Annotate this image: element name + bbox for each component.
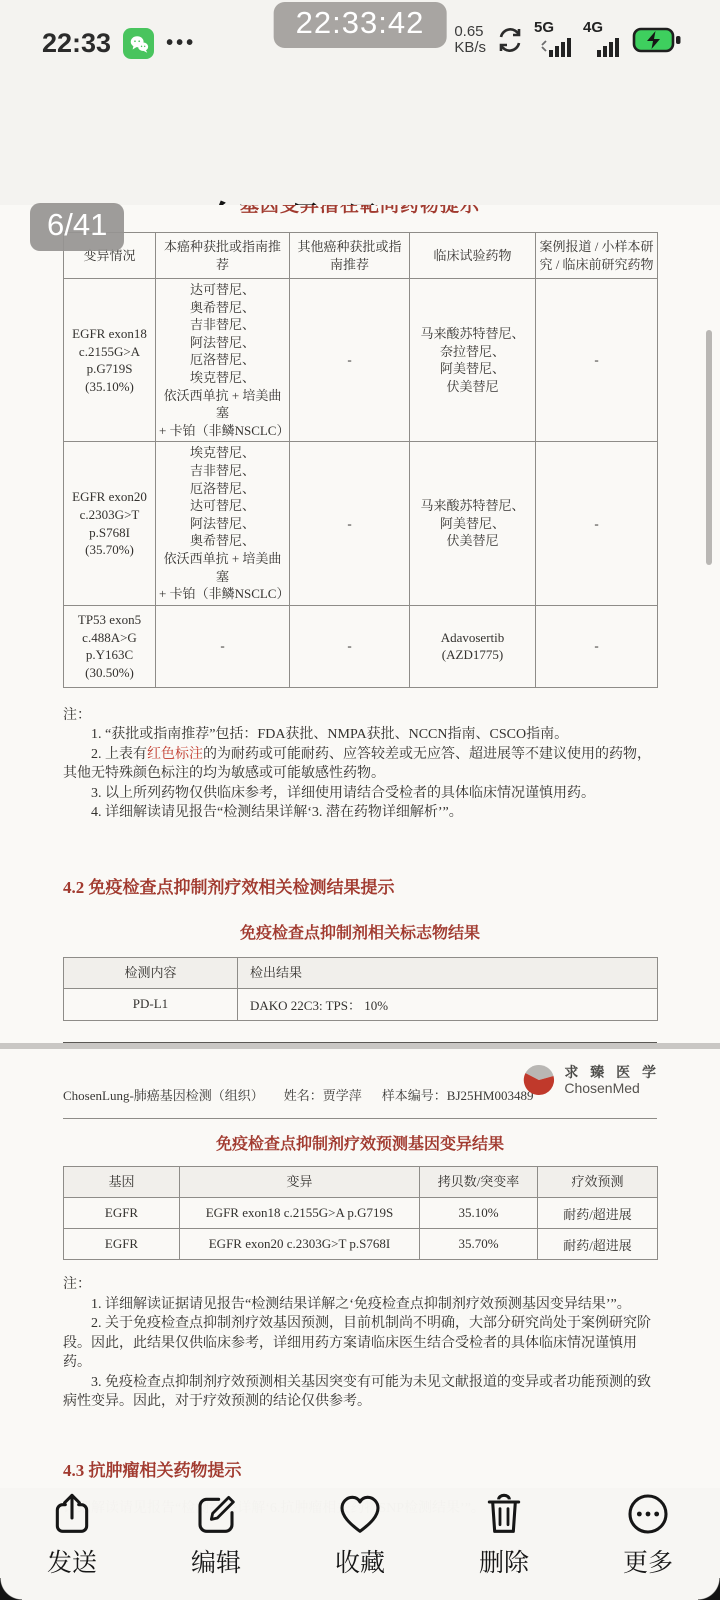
cell-rate: 35.70%: [420, 1229, 538, 1260]
col-header: 本癌种获批或指南推荐: [156, 233, 290, 279]
share-icon: [48, 1490, 96, 1538]
send-button[interactable]: 发送: [0, 1488, 144, 1579]
floating-clock-overlay[interactable]: 22:33:42: [274, 2, 447, 48]
cell-variant: EGFR exon18 c.2155G>A p.G719S: [180, 1198, 420, 1229]
signal-bars-icon: [540, 35, 574, 57]
note-item: 3. 以上所列药物仅供临床参考，详细使用请结合受检者的具体临床情况谨慎用药。: [63, 784, 657, 804]
photo-index-badge: 6/41: [30, 203, 124, 251]
note-item: 2. 关于免疫检查点抑制剂疗效基因预测，目前机制尚不明确，大部分研究尚处于案例研…: [63, 1314, 657, 1373]
toolbar-label: 收藏: [335, 1543, 385, 1579]
report-page-1: 基因变异潜在靶向药物提示 变异情况 本癌种获批或指南推荐 其他癌种获批或指南推荐…: [0, 205, 720, 1043]
col-header: 临床试验药物: [410, 233, 536, 279]
heart-icon: [336, 1490, 384, 1538]
sim1-network-label: 5G: [534, 19, 554, 36]
sim2-network-label: 4G: [583, 19, 603, 36]
note-item: 4. 详细解读请见报告“检测结果详解‘3. 潜在药物详细解析’”。: [63, 803, 657, 823]
status-time: 22:33: [42, 28, 111, 59]
table-header-row: 检测内容 检出结果: [64, 957, 658, 988]
document-scrollbar[interactable]: [706, 330, 712, 565]
immune-marker-table: 检测内容 检出结果 PD-L1 DAKO 22C3: TPS： 10%: [63, 957, 658, 1021]
network-speed-value: 0.65: [454, 24, 486, 40]
cell-approved-other: -: [290, 442, 410, 605]
bottom-toolbar: 发送 编辑 收藏 删除: [0, 1488, 720, 1600]
cell-approved-other: -: [290, 605, 410, 687]
photo-viewer[interactable]: 基因变异潜在靶向药物提示 变异情况 本癌种获批或指南推荐 其他癌种获批或指南推荐…: [0, 205, 720, 1598]
network-speed-unit: KB/s: [454, 40, 486, 56]
favorite-button[interactable]: 收藏: [288, 1488, 432, 1579]
predict-table-title: 免疫检查点抑制剂疗效预测基因变异结果: [0, 1131, 720, 1154]
notes-block-1: 注： 1. “获批或指南推荐”包括：FDA获批、NMPA获批、NCCN指南、CS…: [63, 706, 657, 823]
status-bar: 22:33 ••• 22:33:42 0.65 KB/s: [0, 0, 720, 82]
header-divider: [63, 1118, 657, 1119]
logo-en-name: ChosenMed: [564, 1080, 660, 1096]
cell-gene: EGFR: [64, 1229, 180, 1260]
cell-rate: 35.10%: [420, 1198, 538, 1229]
report-sample-number: 样本编号：BJ25HM003489: [382, 1085, 534, 1104]
section-4-2-heading: 4.2 免疫检查点抑制剂疗效相关检测结果提示: [63, 873, 720, 898]
col-header: 疗效预测: [538, 1167, 658, 1198]
delete-button[interactable]: 删除: [432, 1488, 576, 1579]
note-red-highlight: 红色标注: [147, 747, 203, 762]
cell-variant: TP53 exon5 c.488A>G p.Y163C (30.50%): [64, 605, 156, 687]
data-sync-icon: [495, 25, 525, 55]
toolbar-label: 更多: [623, 1543, 673, 1579]
gallery-header: 2025年11月9日 14:52 | 微信: [0, 92, 720, 204]
toolbar-label: 编辑: [191, 1543, 241, 1579]
wechat-notification-icon: [123, 28, 154, 59]
cell-approved-same: 达可替尼、 奥希替尼、 吉非替尼、 阿法替尼、 厄洛替尼、 埃克替尼、 依沃西单…: [156, 279, 290, 442]
edit-icon: [192, 1490, 240, 1538]
note-item: 2. 上表有红色标注的为耐药或可能耐药、应答较差或无应答、超进展等不建议使用的药…: [63, 745, 657, 784]
immune-predict-table: 基因 变异 拷贝数/突变率 疗效预测 EGFR EGFR exon18 c.21…: [63, 1166, 658, 1260]
note-text: 2. 上表有: [91, 747, 147, 762]
signal-bars-icon: [595, 35, 623, 57]
more-button[interactable]: 更多: [576, 1488, 720, 1579]
network-speed: 0.65 KB/s: [454, 24, 486, 56]
wechat-bubbles-icon: [128, 33, 150, 55]
notification-ellipsis-icon: •••: [166, 32, 196, 55]
screen-corner: [698, 1578, 720, 1600]
edit-button[interactable]: 编辑: [144, 1488, 288, 1579]
toolbar-label: 删除: [479, 1543, 529, 1579]
col-header: 其他癌种获批或指南推荐: [290, 233, 410, 279]
col-header: 拷贝数/突变率: [420, 1167, 538, 1198]
notes-label: 注：: [63, 706, 657, 726]
targeted-drug-table: 变异情况 本癌种获批或指南推荐 其他癌种获批或指南推荐 临床试验药物 案例报道 …: [63, 232, 658, 688]
table-row: PD-L1 DAKO 22C3: TPS： 10%: [64, 988, 658, 1020]
chosenmed-logo: 求 臻 医 学 ChosenMed: [522, 1063, 660, 1097]
note-item: 3. 免疫检查点抑制剂疗效预测相关基因突变有可能为未见文献报道的变异或者功能预测…: [63, 1373, 657, 1412]
notes-label: 注：: [63, 1275, 657, 1295]
cell-trial: 马来酸苏特替尼、 奈拉替尼、 阿美替尼、 伏美替尼: [410, 279, 536, 442]
cell-predict: 耐药/超进展: [538, 1198, 658, 1229]
toolbar-label: 发送: [47, 1543, 97, 1579]
table-header-row: 变异情况 本癌种获批或指南推荐 其他癌种获批或指南推荐 临床试验药物 案例报道 …: [64, 233, 658, 279]
cell-case-report: -: [536, 279, 658, 442]
table-row: EGFR EGFR exon20 c.2303G>T p.S768I 35.70…: [64, 1229, 658, 1260]
battery-charging-icon: [632, 26, 682, 54]
table-row: EGFR exon18 c.2155G>A p.G719S (35.10%) 达…: [64, 279, 658, 442]
cell-test-content: PD-L1: [64, 988, 238, 1020]
footer-divider: [63, 1042, 657, 1043]
cell-variant: EGFR exon18 c.2155G>A p.G719S (35.10%): [64, 279, 156, 442]
notes-block-2: 注： 1. 详细解读证据请见报告“检测结果详解之‘免疫检查点抑制剂疗效预测基因变…: [63, 1275, 657, 1412]
cell-gene: EGFR: [64, 1198, 180, 1229]
cell-variant: EGFR exon20 c.2303G>T p.S768I (35.70%): [64, 442, 156, 605]
cell-approved-other: -: [290, 279, 410, 442]
note-item: 1. “获批或指南推荐”包括：FDA获批、NMPA获批、NCCN指南、CSCO指…: [63, 725, 657, 745]
chosenmed-logo-icon: [522, 1063, 556, 1097]
cell-trial: Adavosertib (AZD1775): [410, 605, 536, 687]
cell-case-report: -: [536, 442, 658, 605]
phone-screen: 22:33 ••• 22:33:42 0.65 KB/s: [0, 0, 720, 1600]
table-header-row: 基因 变异 拷贝数/突变率 疗效预测: [64, 1167, 658, 1198]
cell-predict: 耐药/超进展: [538, 1229, 658, 1260]
more-options-icon: [624, 1490, 672, 1538]
note-item: 1. 详细解读证据请见报告“检测结果详解之‘免疫检查点抑制剂疗效预测基因变异结果…: [63, 1295, 657, 1315]
cell-test-result: DAKO 22C3: TPS： 10%: [238, 988, 658, 1020]
report-product-name: ChosenLung-肺癌基因检测（组织）: [63, 1085, 264, 1104]
cell-approved-same: -: [156, 605, 290, 687]
col-header: 变异: [180, 1167, 420, 1198]
table-row: EGFR EGFR exon18 c.2155G>A p.G719S 35.10…: [64, 1198, 658, 1229]
col-header: 检测内容: [64, 957, 238, 988]
logo-cn-name: 求 臻 医 学: [564, 1064, 660, 1080]
signal-sim1: 5G: [534, 20, 574, 60]
table-row: TP53 exon5 c.488A>G p.Y163C (30.50%) - -…: [64, 605, 658, 687]
cell-trial: 马来酸苏特替尼、 阿美替尼、 伏美替尼: [410, 442, 536, 605]
col-header: 案例报道 / 小样本研究 / 临床前研究药物: [536, 233, 658, 279]
cell-approved-same: 埃克替尼、 吉非替尼、 厄洛替尼、 达可替尼、 阿法替尼、 奥希替尼、 依沃西单…: [156, 442, 290, 605]
signal-sim2: 4G: [583, 20, 623, 60]
cell-case-report: -: [536, 605, 658, 687]
table-row: EGFR exon20 c.2303G>T p.S768I (35.70%) 埃…: [64, 442, 658, 605]
col-header: 检出结果: [238, 957, 658, 988]
trash-icon: [480, 1490, 528, 1538]
marker-table-title: 免疫检查点抑制剂相关标志物结果: [0, 920, 720, 943]
col-header: 基因: [64, 1167, 180, 1198]
screen-corner: [0, 1578, 22, 1600]
cell-variant: EGFR exon20 c.2303G>T p.S768I: [180, 1229, 420, 1260]
report-patient-name: 姓名：贾学萍: [284, 1085, 362, 1104]
section-4-3-heading: 4.3 抗肿瘤相关药物提示: [63, 1456, 720, 1481]
